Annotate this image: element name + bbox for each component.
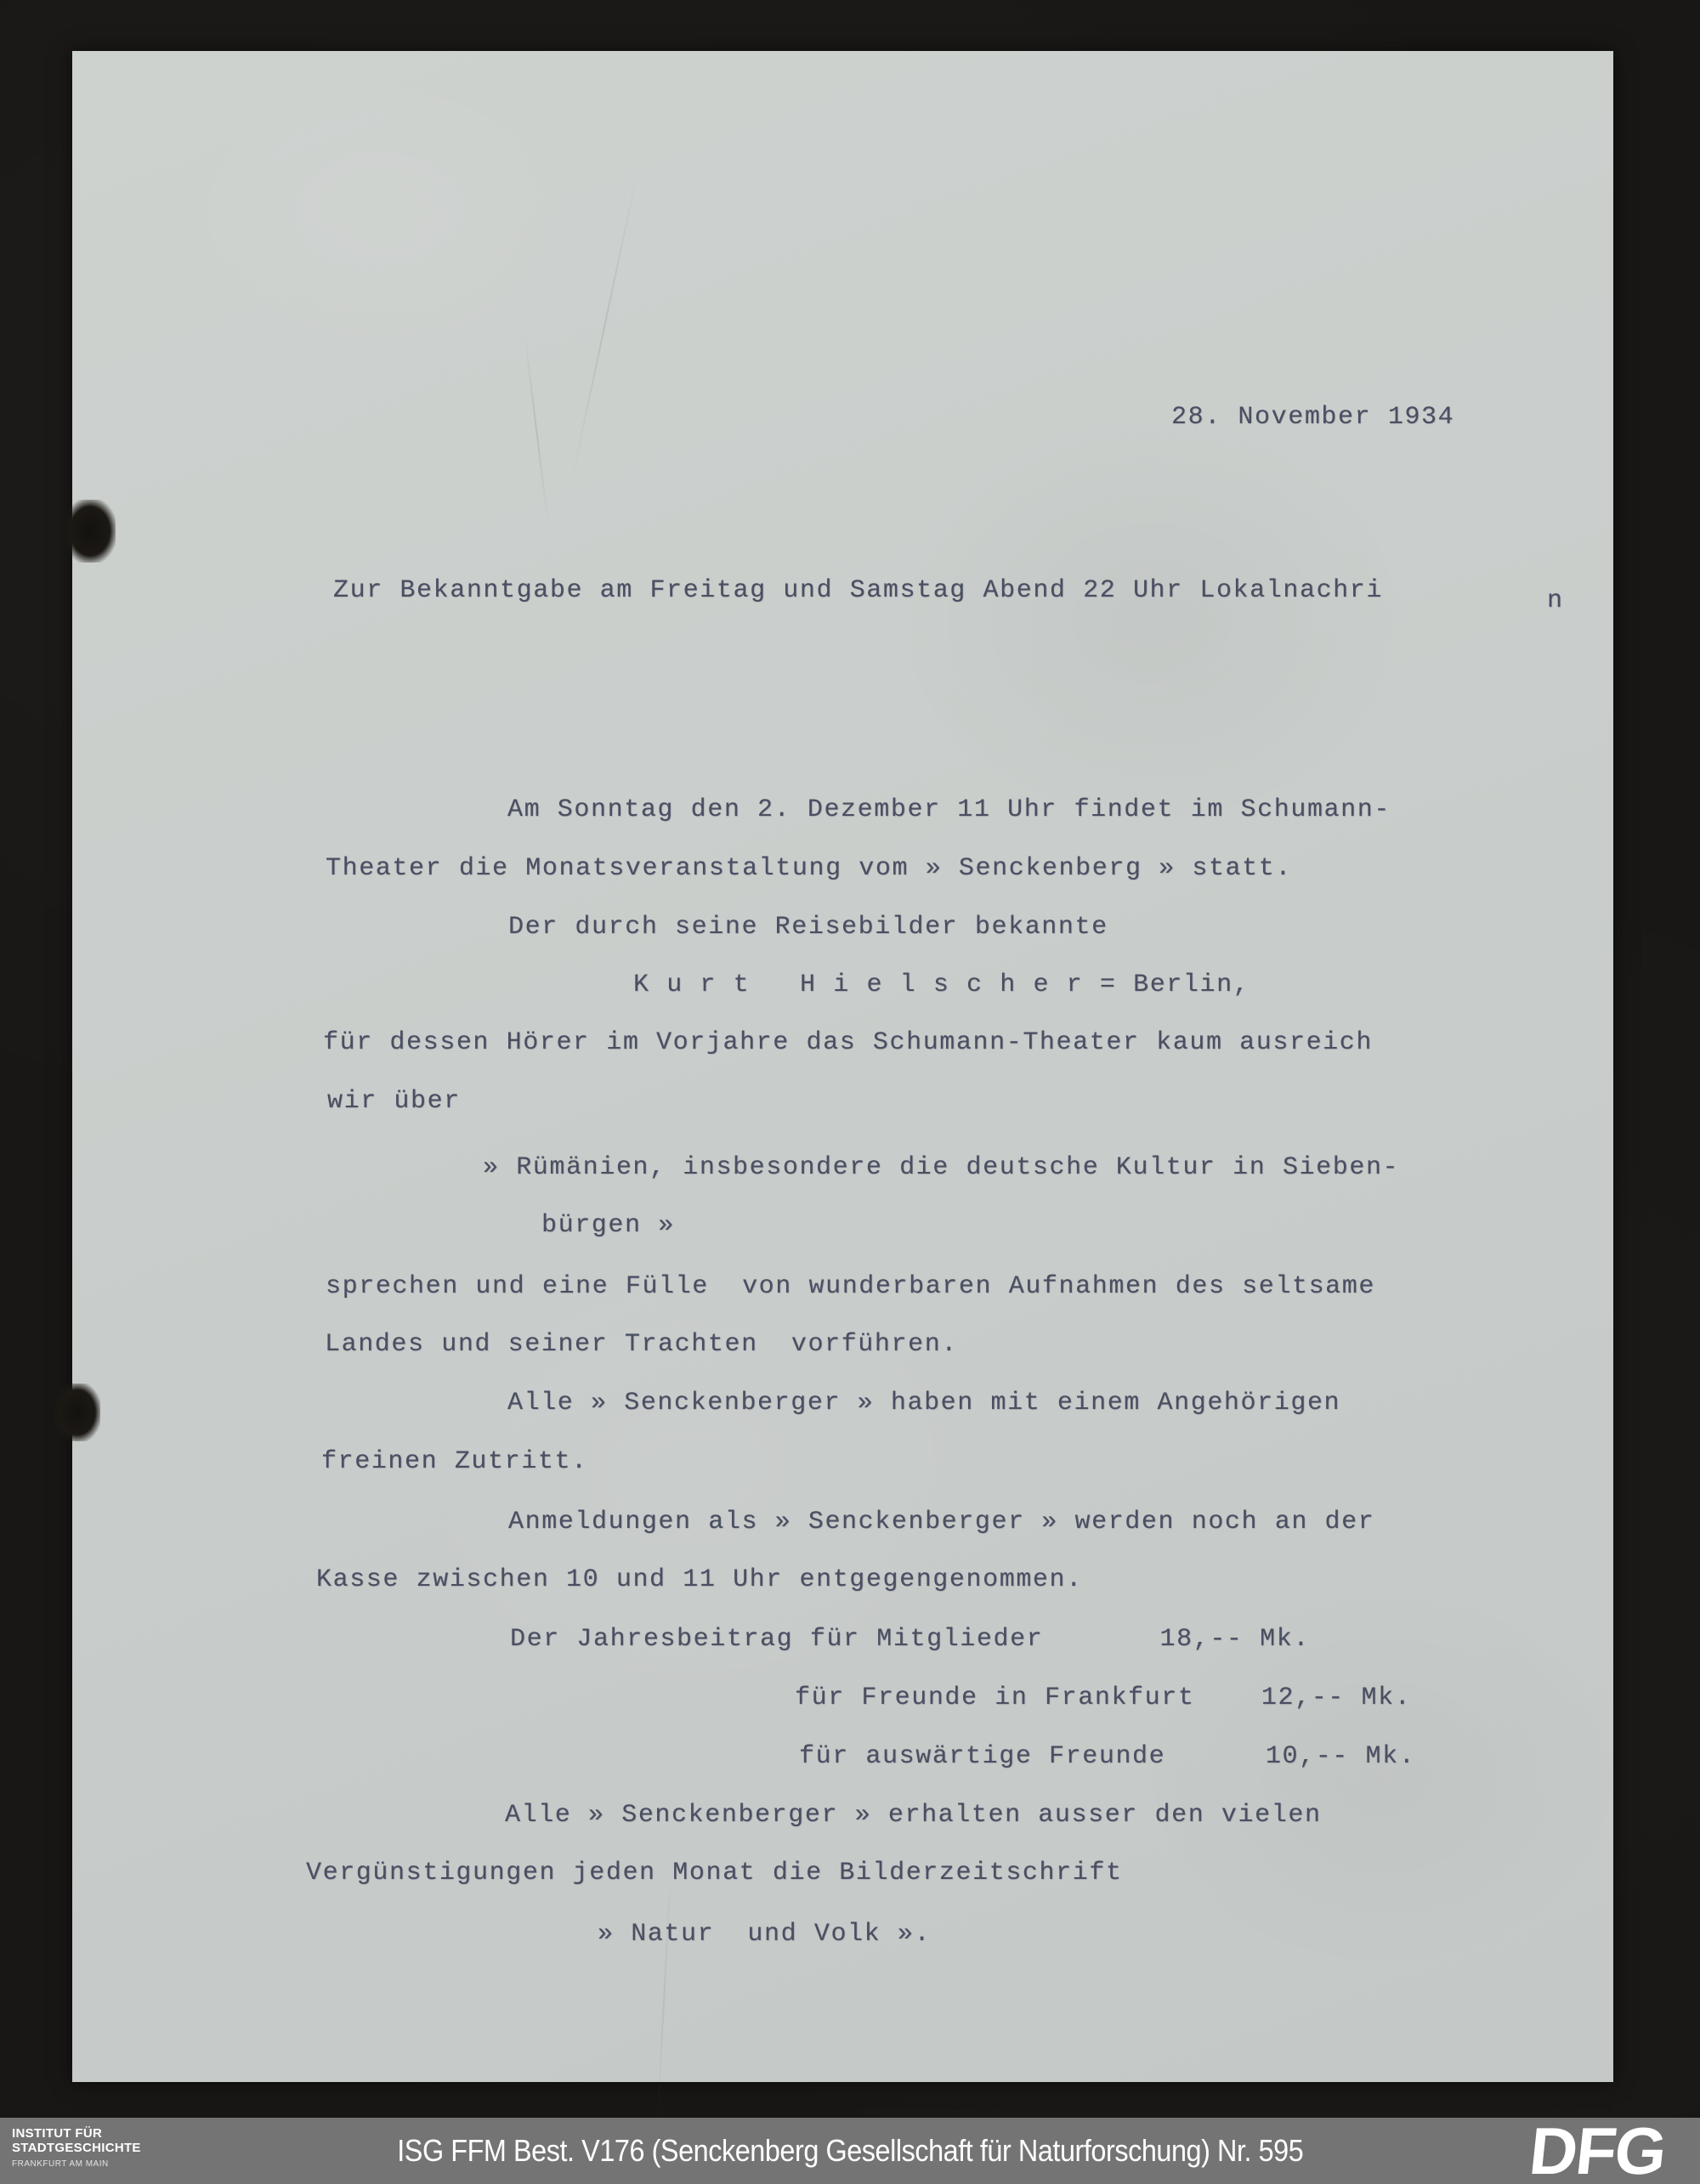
- paper-crease: [524, 332, 549, 527]
- typewritten-line: Zur Bekanntgabe am Freitag und Samstag A…: [333, 576, 1383, 605]
- typewritten-line: Der Jahresbeitrag für Mitglieder 18,-- M…: [510, 1625, 1310, 1654]
- document-paper: [72, 51, 1613, 2082]
- typewritten-line: » Natur und Volk ».: [598, 1920, 931, 1949]
- scan-background: { "document": { "kind": "typewritten-let…: [0, 0, 1700, 2184]
- typewritten-line: Kasse zwischen 10 und 11 Uhr entgegengen…: [316, 1565, 1083, 1594]
- typewritten-line: Am Sonntag den 2. Dezember 11 Uhr findet…: [507, 795, 1391, 824]
- typewritten-line: 28. November 1934: [1171, 403, 1454, 432]
- typewritten-line: K u r t H i e l s c h e r = Berlin,: [633, 970, 1249, 999]
- typewritten-line: für dessen Hörer im Vorjahre das Schuman…: [323, 1028, 1373, 1057]
- typewritten-line: für Freunde in Frankfurt 12,-- Mk.: [795, 1683, 1411, 1712]
- typewritten-line: wir über: [327, 1087, 461, 1116]
- paper-crease: [656, 1870, 671, 2133]
- paper-crease: [571, 173, 638, 481]
- typewritten-line: Vergünstigungen jeden Monat die Bilderze…: [306, 1859, 1123, 1887]
- typewritten-line: n: [1547, 586, 1564, 615]
- typewritten-line: sprechen und eine Fülle von wunderbaren …: [326, 1272, 1375, 1301]
- typewritten-line: Alle » Senckenberger » erhalten ausser d…: [505, 1801, 1322, 1830]
- dfg-logo: DFG: [1527, 2120, 1668, 2181]
- typewritten-line: Alle » Senckenberger » haben mit einem A…: [507, 1389, 1340, 1417]
- archive-reference: ISG FFM Best. V176 (Senckenberg Gesellsc…: [0, 2118, 1700, 2184]
- typewritten-line: freinen Zutritt.: [321, 1447, 588, 1476]
- typewritten-line: Anmeldungen als » Senckenberger » werden…: [508, 1508, 1374, 1536]
- typewritten-line: für auswärtige Freunde 10,-- Mk.: [799, 1742, 1415, 1771]
- typewritten-line: bürgen »: [541, 1211, 675, 1240]
- typewritten-line: Theater die Monatsveranstaltung vom » Se…: [326, 854, 1292, 883]
- typewritten-line: » Rümänien, insbesondere die deutsche Ku…: [483, 1153, 1399, 1182]
- archive-reference-text: ISG FFM Best. V176 (Senckenberg Gesellsc…: [397, 2133, 1303, 2169]
- typewritten-line: Der durch seine Reisebilder bekannte: [508, 913, 1108, 942]
- typewritten-line: Landes und seiner Trachten vorführen.: [325, 1330, 958, 1359]
